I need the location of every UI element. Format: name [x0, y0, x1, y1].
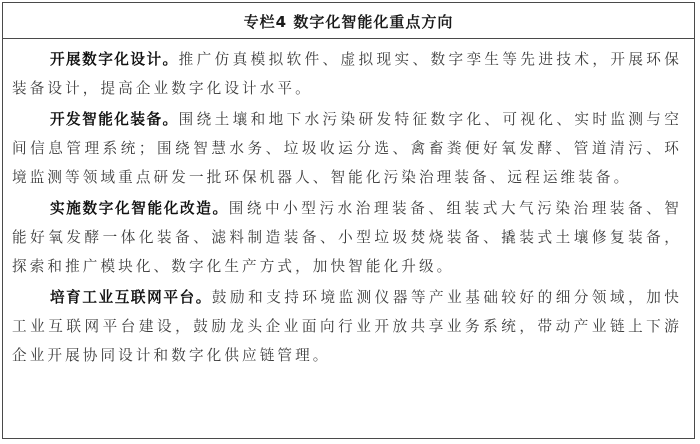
section-industrial-internet: 培育工业互联网平台。鼓励和支持环境监测仪器等产业基础较好的细分领域，加快工业互联… [12, 283, 682, 370]
box-title: 专栏4 数字化智能化重点方向 [244, 9, 454, 32]
feature-box: 专栏4 数字化智能化重点方向 开展数字化设计。推广仿真模拟软件、虚拟现实、数字孪… [2, 2, 695, 439]
section-lead: 培育工业互联网平台。 [50, 289, 212, 306]
section-lead: 实施数字化智能化改造。 [50, 200, 229, 217]
section-digital-transformation: 实施数字化智能化改造。围绕中小型污水治理装备、组装式大气污染治理装备、智能好氧发… [12, 194, 682, 281]
section-digital-design: 开展数字化设计。推广仿真模拟软件、虚拟现实、数字孪生等先进技术，开展环保装备设计… [12, 45, 682, 103]
section-lead: 开发智能化装备。 [50, 111, 179, 128]
section-lead: 开展数字化设计。 [50, 51, 179, 68]
box-header: 专栏4 数字化智能化重点方向 [3, 3, 694, 39]
box-body: 开展数字化设计。推广仿真模拟软件、虚拟现实、数字孪生等先进技术，开展环保装备设计… [3, 39, 694, 370]
section-intelligent-equipment: 开发智能化装备。围绕土壤和地下水污染研发特征数字化、可视化、实时监测与空间信息管… [12, 105, 682, 192]
